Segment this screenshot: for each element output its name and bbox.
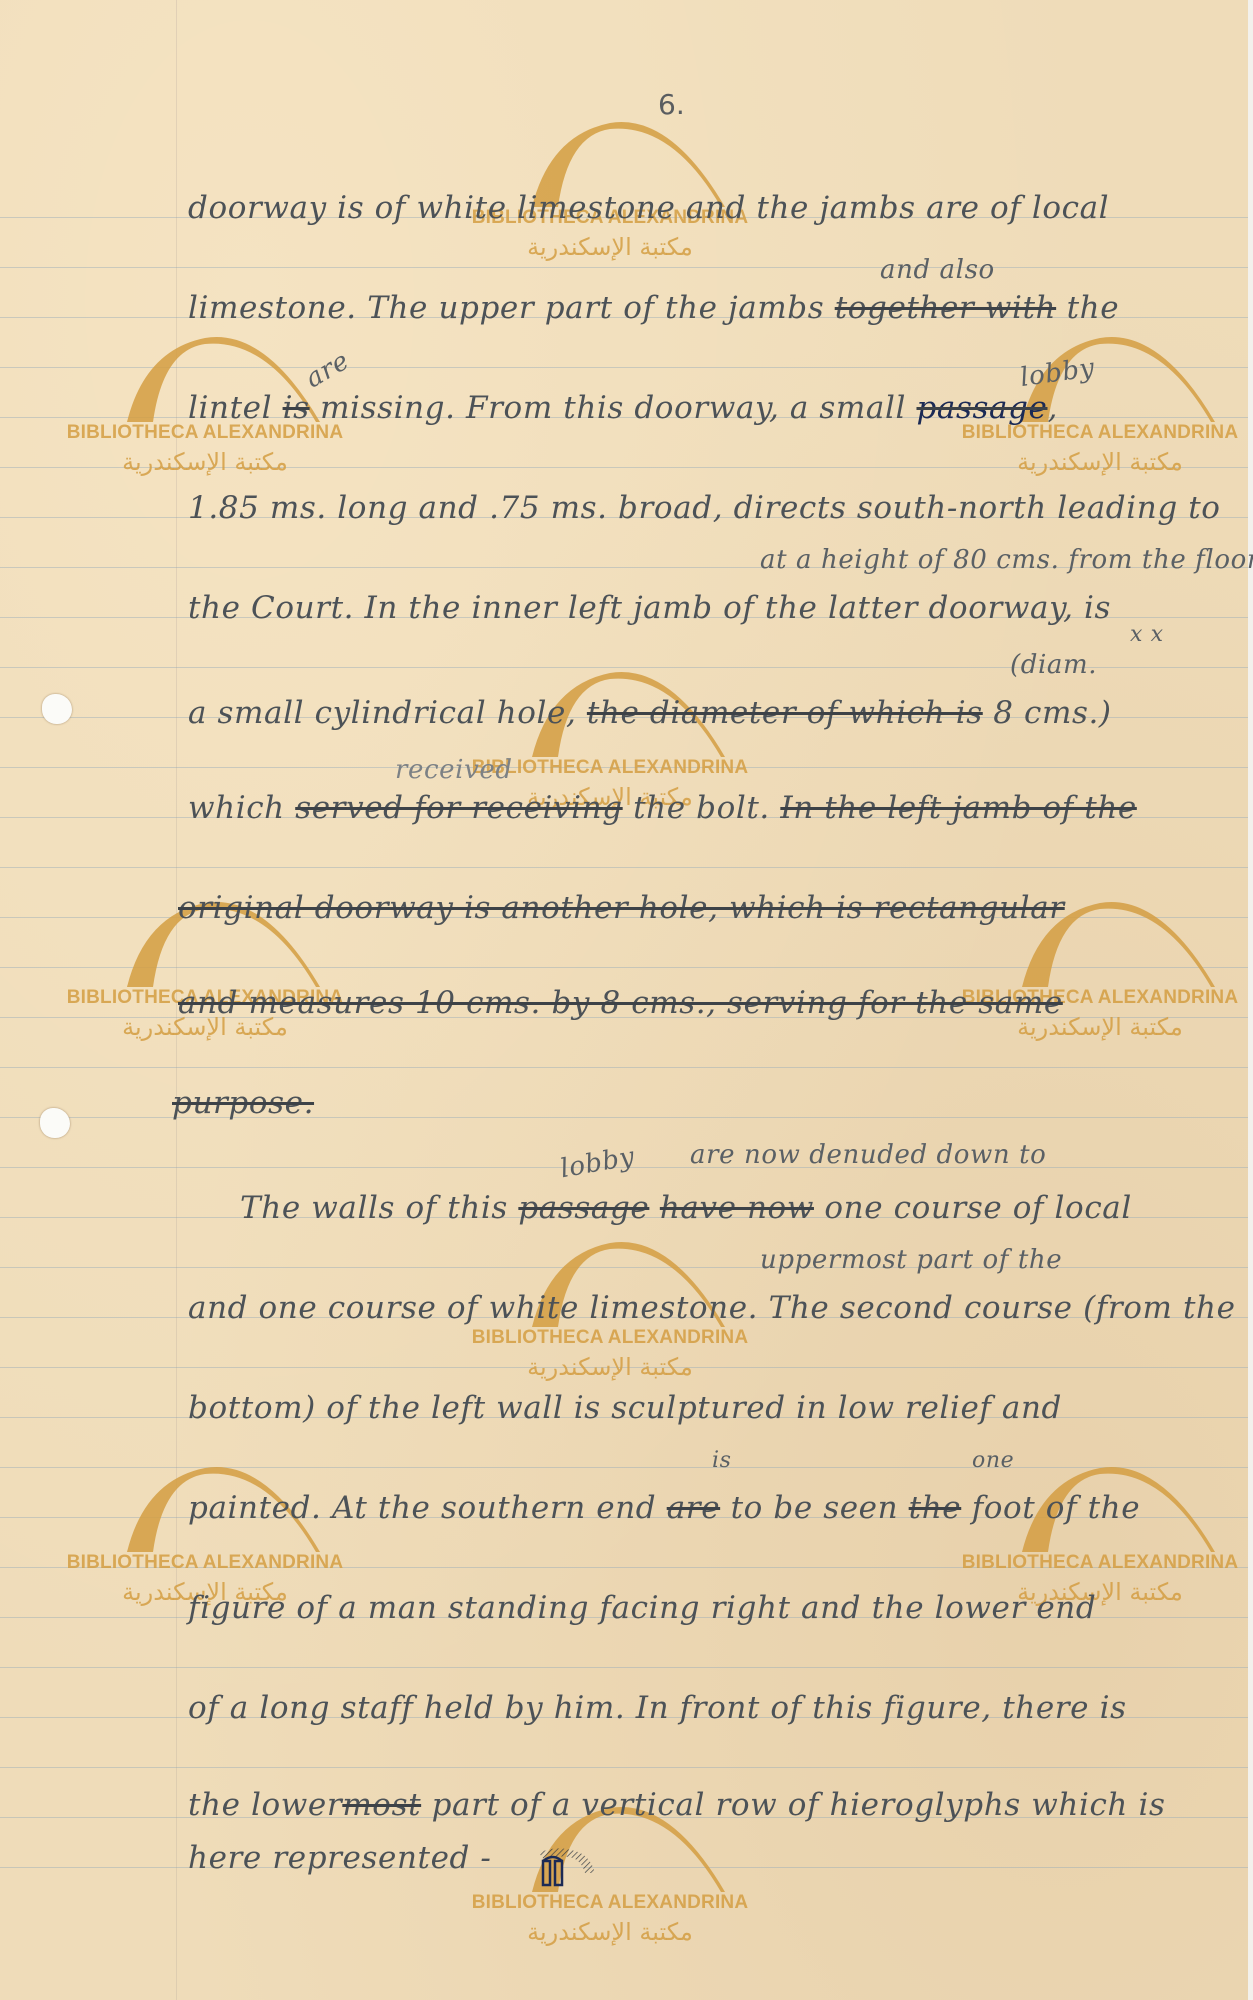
interlinear-insert: one <box>972 1448 1014 1473</box>
watermark: BIBLIOTHECA ALEXANDRINAمكتبة الإسكندرية <box>450 115 770 255</box>
manuscript-page: 6. BIBLIOTHECA ALEXANDRINAمكتبة الإسكندر… <box>0 0 1248 2000</box>
struck-text: served for receiving <box>295 790 622 826</box>
watermark-arabic: مكتبة الإسكندرية <box>450 1353 770 1381</box>
struck-text: In the left jamb of the <box>780 790 1136 826</box>
text-line-4: 1.85 ms. long and .75 ms. broad, directs… <box>188 490 1221 526</box>
text-line-12: and one course of white limestone. The s… <box>188 1290 1236 1326</box>
text-line-11: The walls of this passage have now one c… <box>240 1190 1132 1226</box>
text-line-13: bottom) of the left wall is sculptured i… <box>188 1390 1062 1426</box>
punch-hole <box>40 1108 70 1138</box>
text-line-17: the lowermost part of a vertical row of … <box>188 1787 1165 1823</box>
struck-text: most <box>342 1787 421 1823</box>
punch-hole <box>42 694 72 724</box>
struck-text: have now <box>660 1190 814 1226</box>
interlinear-insert: uppermost part of the <box>760 1245 1062 1275</box>
watermark: BIBLIOTHECA ALEXANDRINAمكتبة الإسكندرية <box>45 1460 365 1600</box>
watermark: BIBLIOTHECA ALEXANDRINAمكتبة الإسكندرية <box>940 1460 1253 1600</box>
watermark-arabic: مكتبة الإسكندرية <box>450 233 770 261</box>
text-line-10-struck: purpose. <box>172 1085 314 1121</box>
rule-line <box>0 1067 1248 1068</box>
interlinear-insert: received <box>395 755 513 785</box>
interlinear-insert: are now denuded down to <box>690 1140 1046 1170</box>
hieroglyph-sketch-icon <box>535 1843 615 1888</box>
struck-text: is <box>283 390 310 426</box>
text-line-16: of a long staff held by him. In front of… <box>188 1690 1127 1726</box>
watermark-arabic: مكتبة الإسكندرية <box>940 448 1253 476</box>
text-line-3: lintel is missing. From this doorway, a … <box>188 390 1058 426</box>
text-line-8-struck: original doorway is another hole, which … <box>178 890 1065 926</box>
text-line-18: here represented - <box>188 1840 492 1876</box>
text-line-5: the Court. In the inner left jamb of the… <box>188 590 1111 626</box>
watermark-english: BIBLIOTHECA ALEXANDRINA <box>450 1892 770 1914</box>
text-line-2: limestone. The upper part of the jambs t… <box>188 290 1119 326</box>
interlinear-insert: is <box>712 1448 732 1473</box>
struck-text: the diameter of which is <box>587 695 983 731</box>
text-line-1: doorway is of white limestone and the ja… <box>188 190 1109 226</box>
struck-text: passage <box>518 1190 649 1226</box>
rule-line <box>0 1667 1248 1668</box>
struck-text: the <box>909 1490 962 1526</box>
struck-text: together with <box>835 290 1056 326</box>
interlinear-insert: lobby <box>558 1142 637 1185</box>
struck-text: are <box>667 1490 720 1526</box>
interlinear-insert: and also <box>880 255 995 285</box>
text-line-15: figure of a man standing facing right an… <box>188 1590 1096 1626</box>
struck-text: passage <box>916 390 1047 426</box>
text-line-7: which served for receiving the bolt. In … <box>188 790 1137 826</box>
text-line-6: a small cylindrical hole, the diameter o… <box>188 695 1112 731</box>
rule-line <box>0 267 1248 268</box>
interlinear-insert: (diam. <box>1010 650 1097 680</box>
text-line-14: painted. At the southern end are to be s… <box>188 1490 1140 1526</box>
watermark-english: BIBLIOTHECA ALEXANDRINA <box>940 1552 1253 1574</box>
watermark-english: BIBLIOTHECA ALEXANDRINA <box>45 1552 365 1574</box>
watermark-arabic: مكتبة الإسكندرية <box>450 1918 770 1946</box>
rule-line <box>0 867 1248 868</box>
rule-line <box>0 1767 1248 1768</box>
interlinear-insert: at a height of 80 cms. from the floor, <box>760 545 1253 575</box>
watermark-arabic: مكتبة الإسكندرية <box>45 448 365 476</box>
text-line-9-struck: and measures 10 cms. by 8 cms., serving … <box>178 985 1063 1021</box>
watermark-english: BIBLIOTHECA ALEXANDRINA <box>450 1327 770 1349</box>
insertion-marks: x x <box>1130 622 1164 647</box>
